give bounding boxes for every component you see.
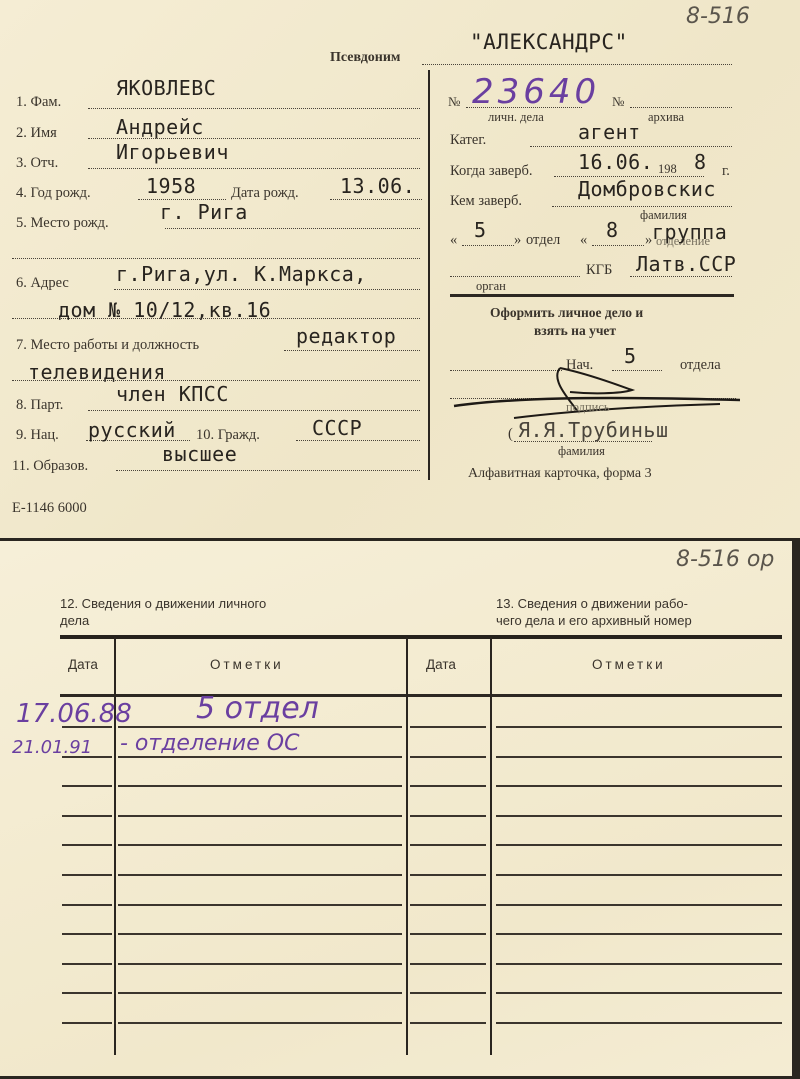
row-rule <box>118 933 402 935</box>
patronymic-label: 3. Отч. <box>16 155 58 172</box>
organ-line <box>450 276 580 277</box>
row-rule <box>410 756 486 758</box>
case-no-label: № <box>448 94 460 110</box>
birthplace-label: 5. Место рожд. <box>16 215 109 232</box>
row-rule <box>410 785 486 787</box>
section-value: 8 <box>606 218 619 242</box>
row-rule <box>62 874 112 876</box>
recruited-by-value: Домбровскис <box>578 177 716 201</box>
row-rule <box>496 726 782 728</box>
dept-line <box>462 245 514 246</box>
form-title: Алфавитная карточка, форма 3 <box>468 466 652 482</box>
pseudonym-label: Псевдоним <box>330 50 400 66</box>
signer-open-paren: ( <box>508 426 513 443</box>
citizenship-value: СССР <box>312 416 362 440</box>
year-label: г. <box>722 163 730 180</box>
row-rule <box>410 1022 486 1024</box>
row-rule <box>118 1022 402 1024</box>
row-rule <box>62 963 112 965</box>
year-suffix: 8 <box>694 150 707 174</box>
row-rule <box>410 874 486 876</box>
workplace-value-2: телевидения <box>28 360 166 384</box>
birthplace-value: г. Рига <box>160 200 248 224</box>
row-rule <box>496 785 782 787</box>
row-rule <box>410 904 486 906</box>
entry-note-1: 5 отдел <box>196 691 319 726</box>
category-line <box>530 146 732 147</box>
row-rule <box>410 933 486 935</box>
row-rule <box>118 963 402 965</box>
col-header-notes-1: Отметки <box>210 657 284 672</box>
birth-date-line <box>330 199 422 200</box>
pseudonym-value: "АЛЕКСАНДРС" <box>470 30 628 54</box>
education-label: 11. Образов. <box>12 458 88 475</box>
signer-caption: фамилия <box>558 444 605 459</box>
table-header-rule <box>60 694 782 697</box>
section13-title-2: чего дела и его архивный номер <box>496 613 692 628</box>
col-divider-3 <box>490 637 492 1055</box>
birth-year-label: 4. Год рожд. <box>16 185 91 202</box>
education-value: высшее <box>162 442 237 466</box>
row-rule <box>62 785 112 787</box>
row-rule <box>410 963 486 965</box>
name-label: 2. Имя <box>16 125 57 142</box>
party-line <box>88 410 420 411</box>
row-rule <box>496 992 782 994</box>
entry-date-1: 17.06.88 <box>16 699 132 729</box>
row-rule <box>496 874 782 876</box>
row-rule <box>496 904 782 906</box>
section12-title-2: дела <box>60 613 89 628</box>
col-header-notes-2: Отметки <box>592 657 666 672</box>
nationality-value: русский <box>88 418 176 442</box>
alphabet-card-front: 8-516 Псевдоним "АЛЕКСАНДРС" 1. Фам. ЯКО… <box>0 0 800 538</box>
column-divider <box>428 70 430 480</box>
surname-label: 1. Фам. <box>16 94 61 111</box>
row-rule <box>410 726 486 728</box>
archive-caption: архива <box>648 110 684 125</box>
archive-no-line <box>630 107 732 108</box>
recruited-date: 16.06. <box>578 150 653 174</box>
row-rule <box>118 844 402 846</box>
case-number: 23640 <box>472 72 600 112</box>
education-line <box>116 470 420 471</box>
workplace-value: редактор <box>296 324 396 348</box>
department-label: отдел <box>526 232 560 249</box>
address-line <box>114 289 420 290</box>
department-value: 5 <box>474 218 487 242</box>
citizenship-line <box>296 440 420 441</box>
row-rule <box>496 933 782 935</box>
row-rule <box>410 992 486 994</box>
archive-reference-back: 8-516 ор <box>676 547 774 572</box>
row-rule <box>118 815 402 817</box>
birth-year-value: 1958 <box>146 174 196 198</box>
case-caption: личн. дела <box>488 110 544 125</box>
row-rule <box>410 815 486 817</box>
dept-open-quote: « <box>450 232 457 249</box>
party-label: 8. Парт. <box>16 397 63 414</box>
surname-line <box>88 108 420 109</box>
workplace-line <box>284 350 420 351</box>
kgb-value: Латв.ССР <box>636 252 736 276</box>
category-label: Катег. <box>450 132 486 149</box>
party-value: член КПСС <box>116 382 229 406</box>
row-rule <box>62 933 112 935</box>
section-line <box>592 245 644 246</box>
row-rule <box>118 785 402 787</box>
row-rule <box>62 992 112 994</box>
kgb-label: КГБ <box>586 262 612 279</box>
row-rule <box>496 756 782 758</box>
pseudonym-line <box>422 64 732 65</box>
signer-name: Я.Я.Трубиньш <box>518 418 669 442</box>
name-value: Андрейс <box>116 115 204 139</box>
address-label: 6. Адрес <box>16 275 69 292</box>
recruited-by-label: Кем заверб. <box>450 193 522 210</box>
birth-date-value: 13.06. <box>340 174 415 198</box>
row-rule <box>62 1022 112 1024</box>
surname-value: ЯКОВЛЕВС <box>116 76 216 100</box>
nationality-label: 9. Нац. <box>16 427 59 444</box>
instruction-line1: Оформить личное дело и <box>490 305 643 321</box>
alphabet-card-back: 8-516 ор 12. Сведения о движении личного… <box>0 541 792 1076</box>
row-rule <box>118 992 402 994</box>
instruction-line2: взять на учет <box>534 323 616 339</box>
row-rule <box>62 904 112 906</box>
col-header-date-1: Дата <box>68 657 98 672</box>
category-value: агент <box>578 120 641 144</box>
kgb-line <box>630 276 732 277</box>
address-value-2: дом № 10/12,кв.16 <box>58 298 271 322</box>
row-rule <box>62 815 112 817</box>
signature-caption: подпись <box>566 400 610 415</box>
row-rule <box>496 815 782 817</box>
recruited-by-line <box>552 206 732 207</box>
col-header-date-2: Дата <box>426 657 456 672</box>
table-top-rule <box>60 635 782 639</box>
birthplace-line <box>165 228 420 229</box>
row-rule <box>62 844 112 846</box>
group-value: группа <box>652 220 727 244</box>
organ-underline <box>450 294 734 297</box>
entry-date-2: 21.01.91 <box>12 737 92 758</box>
row-rule <box>496 844 782 846</box>
form-code: Е-1146 6000 <box>12 500 87 517</box>
patronymic-line <box>88 168 420 169</box>
row-rule <box>118 726 402 728</box>
patronymic-value: Игорьевич <box>116 140 229 164</box>
row-rule <box>496 1022 782 1024</box>
row-rule <box>410 844 486 846</box>
section-open-quote: « <box>580 232 587 249</box>
col-divider-2 <box>406 637 408 1055</box>
row-rule <box>118 904 402 906</box>
section12-title-1: 12. Сведения о движении личного <box>60 596 266 611</box>
entry-note-2: - отделение ОС <box>120 731 299 756</box>
workplace-label: 7. Место работы и должность <box>16 337 199 354</box>
recruited-when-label: Когда заверб. <box>450 163 532 180</box>
dept-close-quote: » <box>514 232 521 249</box>
organ-caption: орган <box>476 279 506 294</box>
archive-no-label: № <box>612 94 624 110</box>
address-value: г.Рига,ул. К.Маркса, <box>116 262 367 286</box>
archive-reference: 8-516 <box>686 4 750 29</box>
birthplace-line-2 <box>12 258 420 259</box>
row-rule <box>118 874 402 876</box>
row-rule <box>496 963 782 965</box>
section13-title-1: 13. Сведения о движении рабо- <box>496 596 688 611</box>
year-prefix: 198 <box>658 162 677 177</box>
